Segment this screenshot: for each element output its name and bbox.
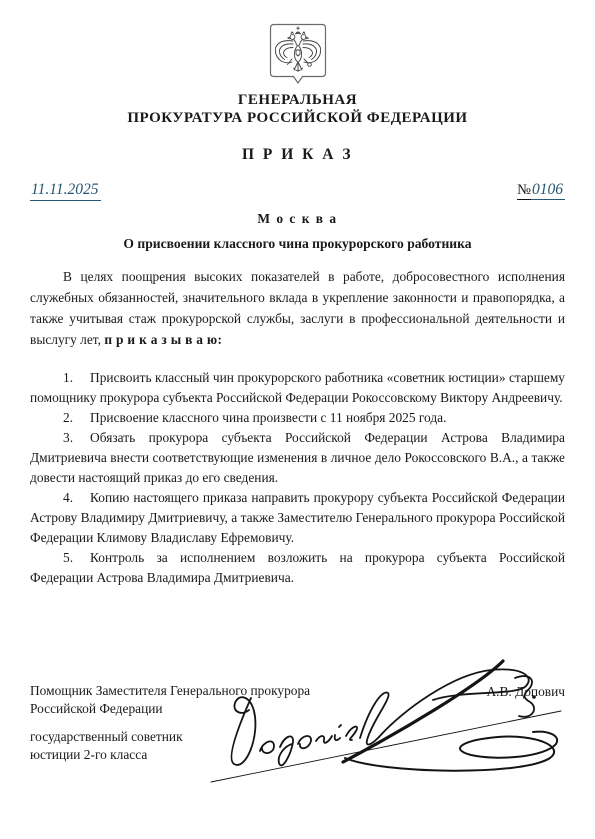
date-number-row: 11.11.2025 №0106 <box>30 181 565 201</box>
order-item-3: 3.Обязать прокурора субъекта Российской … <box>30 428 565 488</box>
signer-position: Помощник Заместителя Генерального прокур… <box>30 682 565 718</box>
city-label: М о с к в а <box>0 211 595 227</box>
item-number: 1. <box>63 368 73 388</box>
item-number: 3. <box>63 428 73 448</box>
number-value: 0106 <box>531 181 565 200</box>
item-number: 4. <box>63 488 73 508</box>
item-text: Обязать прокурора субъекта Российской Фе… <box>30 430 565 485</box>
item-text: Копию настоящего приказа направить проку… <box>30 490 565 545</box>
intro-paragraph: В целях поощрения высоких показателей в … <box>30 266 565 350</box>
order-item-5: 5.Контроль за исполнением возложить на п… <box>30 548 565 588</box>
doc-type-heading: П Р И К А З <box>0 146 595 164</box>
item-text: Контроль за исполнением возложить на про… <box>30 550 565 585</box>
doc-number: №0106 <box>517 181 565 199</box>
doc-subject: О присвоении классного чина прокурорског… <box>0 236 595 252</box>
org-name-line2: ПРОКУРАТУРА РОССИЙСКОЙ ФЕДЕРАЦИИ <box>0 109 595 127</box>
item-number: 2. <box>63 408 73 428</box>
order-item-1: 1.Присвоить классный чин прокурорского р… <box>30 368 565 408</box>
item-text: Присвоить классный чин прокурорского раб… <box>30 370 565 405</box>
signature-block: Помощник Заместителя Генерального прокур… <box>30 682 565 764</box>
order-item-2: 2.Присвоение классного чина произвести с… <box>30 408 565 428</box>
org-name-line1: ГЕНЕРАЛЬНАЯ <box>0 91 595 109</box>
signer-position-line2: Российской Федерации <box>30 701 163 716</box>
coat-of-arms-icon <box>269 23 327 90</box>
org-name: ГЕНЕРАЛЬНАЯ ПРОКУРАТУРА РОССИЙСКОЙ ФЕДЕР… <box>0 91 595 127</box>
order-document-page: ГЕНЕРАЛЬНАЯ ПРОКУРАТУРА РОССИЙСКОЙ ФЕДЕР… <box>0 0 595 839</box>
item-number: 5. <box>63 548 73 568</box>
doc-date: 11.11.2025 <box>30 181 101 201</box>
signer-name: А.В. Допович <box>486 684 565 700</box>
item-text: Присвоение классного чина произвести с 1… <box>90 410 446 425</box>
signer-rank-line1: государственный советник <box>30 729 183 744</box>
doc-body: В целях поощрения высоких показателей в … <box>30 266 565 588</box>
signer-position-line1: Помощник Заместителя Генерального прокур… <box>30 683 310 698</box>
signer-rank-line2: юстиции 2-го класса <box>30 747 147 762</box>
signer-rank: государственный советник юстиции 2-го кл… <box>30 728 565 764</box>
order-item-4: 4.Копию настоящего приказа направить про… <box>30 488 565 548</box>
number-sign: № <box>517 182 531 200</box>
intro-emphasis: п р и к а з ы в а ю: <box>104 332 222 347</box>
